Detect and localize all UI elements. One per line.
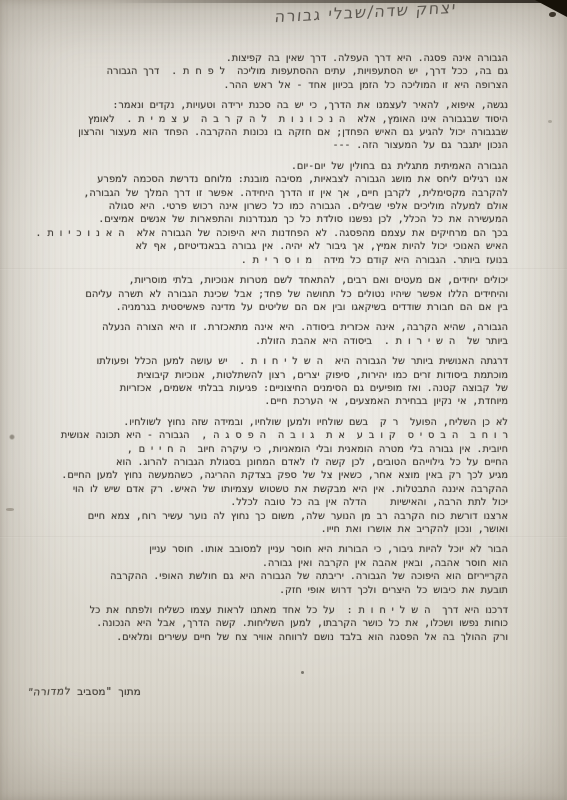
text-line: ארצנו דורשת כוח הקרבה רב מן הנוער שלה, מ…: [75, 510, 508, 523]
text-line: הנכון יתגבר גם על המעצור הזה. ---: [75, 139, 508, 152]
text-line: הוא חוסר אהבה, ובאין אהבה אין הקרבה ואין…: [75, 557, 508, 570]
text-line: של קבוצה קטנה. ואז מופיעים גם הסימנים הח…: [75, 382, 508, 395]
text-line: מגיע לכך רק באין מוצא אחר, כשאין צל של ס…: [75, 469, 508, 482]
paragraph: הגבורה האמיתית מתגלית גם בחולין של יום-י…: [75, 160, 508, 267]
text-line: דרגתה האנושית ביותר של הגבורה היא ה ש ל …: [75, 355, 508, 368]
paragraph: דרגתה האנושית ביותר של הגבורה היא ה ש ל …: [75, 355, 508, 409]
text-line: מוכתמת ביסודות זרים כמו יהירות, סיפוק יצ…: [75, 369, 508, 382]
paragraph: הבור לא יוכל להיות גיבור, כי הבורות היא …: [75, 543, 508, 597]
paragraph: הגבורה, שהיא הקרבה, אינה אכזרית ביסודה. …: [75, 321, 508, 348]
text-line: אולם למעלה מוליכים אלפי שבילים. הגבורה כ…: [75, 200, 508, 213]
text-line: מיוחדת, אי נקיון בבחירת האמצעים, אי הערכ…: [75, 395, 508, 408]
paragraph: דרכנו היא דרך ה ש ל י ח ו ת : על כל אחד …: [75, 604, 508, 644]
paragraph: הגבורה אינה פסגה. היא דרך העפלה. דרך שאי…: [75, 52, 508, 92]
text-line: והיחידים הללו אפשר שיהיו נטולים כל תחושה…: [75, 288, 508, 301]
scan-speck: [301, 671, 304, 674]
footer-typed-text: מתוך "מסביב: [71, 686, 141, 698]
scanned-document-page: יצחק שדה/שבלי גבורה הגבורה אינה פסגה. הי…: [0, 0, 567, 800]
text-line: יכול לתת הרבה, והאישיות הדלה אין בה כל ט…: [75, 496, 508, 509]
text-line: תובעת את כיבוש כל היצרים ולכך דרוש אופי …: [75, 584, 508, 597]
scan-speck: [9, 434, 15, 440]
text-line: האיש האנוכי יכול להיות אמיץ, אך גיבור לא…: [75, 240, 508, 253]
paragraph: יכולים יחידים, אם מעטים ואם רבים, להתאחד…: [75, 274, 508, 314]
footer-handwritten-text: למדורה": [27, 685, 72, 698]
text-line: בנועז ביותר. הגבורה היא קודם כל מידה מ ו…: [75, 254, 508, 267]
text-line: ביותר של ה ש י ר ו ת . ביסודה היא אהבת ה…: [75, 335, 508, 348]
text-line: גם בה, ככל דרך, יש הסתעפויות, עתים ההסתע…: [75, 65, 508, 78]
text-line: להקרבה מקסימלית, לקרבן חיים, אך אין זו ה…: [75, 187, 508, 200]
text-line: כוחות נפשו ושכלו, את כל כושר הקרבתו, למע…: [75, 617, 508, 630]
text-line: החיים על כל גילוייהם הטובים, לכן קשה לו …: [75, 456, 508, 469]
text-line: בין אם הם חבורת שודדים בשיקאגו ובין אם ה…: [75, 301, 508, 314]
scan-speck: [6, 508, 14, 511]
text-line: יכולים יחידים, אם מעטים ואם רבים, להתאחד…: [75, 274, 508, 287]
text-line: הבור לא יוכל להיות גיבור, כי הבורות היא …: [75, 543, 508, 556]
text-line: חיובית. אין גבורה בלי מטרה הומאנית ובלי …: [75, 443, 508, 456]
text-line: דרכנו היא דרך ה ש ל י ח ו ת : על כל אחד …: [75, 604, 508, 617]
scan-smudge: [549, 12, 556, 17]
text-line: הקרייריזם הוא היפוכה של הגבורה. יריבתה ש…: [75, 570, 508, 583]
document-body: הגבורה אינה פסגה. היא דרך העפלה. דרך שאי…: [75, 52, 508, 651]
text-line: הגבורה האמיתית מתגלית גם בחולין של יום-י…: [75, 160, 508, 173]
text-line: הגבורה אינה פסגה. היא דרך העפלה. דרך שאי…: [75, 52, 508, 65]
text-line: היסוד שבגבורה אינו האומץ, אלא ה נ כ ו נ …: [75, 113, 508, 126]
text-line: נגשה, איפוא, להאיר לעצמנו את הדרך, כי יש…: [75, 99, 508, 112]
handwritten-title-note: יצחק שדה/שבלי גבורה: [216, 0, 457, 29]
paragraph: נגשה, איפוא, להאיר לעצמנו את הדרך, כי יש…: [75, 99, 508, 153]
scan-speck: [548, 120, 552, 123]
text-line: הגבורה, שהיא הקרבה, אינה אכזרית ביסודה. …: [75, 321, 508, 334]
text-line: ההקרבה איננה התבטלות. אין היא מבקשת את ט…: [75, 483, 508, 496]
scan-top-edge-shadow: [110, 0, 567, 3]
text-line: שבגבורה יכול להגיע גם האיש הפחדן; אם חזק…: [75, 126, 508, 139]
text-line: הצרופה היא זו המוליכה כל הזמן בכיוון אחד…: [75, 79, 508, 92]
text-line: המעשירה את כל הכלל, לכן נפשנו סולדת כל כ…: [75, 213, 508, 226]
paragraph: לא כן השליח, הפועל ר ק בשם שולחיו ולמען …: [75, 416, 508, 537]
text-line: ואושר, ונכון להקריב את אושרו ואת חייו.: [75, 523, 508, 536]
text-line: אנו רגילים ליחס את מושג הגבורה לצבאיות, …: [75, 173, 508, 186]
text-line: ורק ההולך בה אל הפסגה הוא בלבד נושם לרוו…: [75, 631, 508, 644]
text-line: ר ו ח ב ה ב ס י ס ק ו ב ע א ת ג ו ב ה ה …: [75, 429, 508, 442]
text-line: בכך הם מרחיקים את עצמם מהפסגה. לא הפחדנו…: [75, 227, 508, 240]
source-attribution: מתוך "מסביב למדורה": [28, 686, 141, 698]
text-line: לא כן השליח, הפועל ר ק בשם שולחיו ולמען …: [75, 416, 508, 429]
